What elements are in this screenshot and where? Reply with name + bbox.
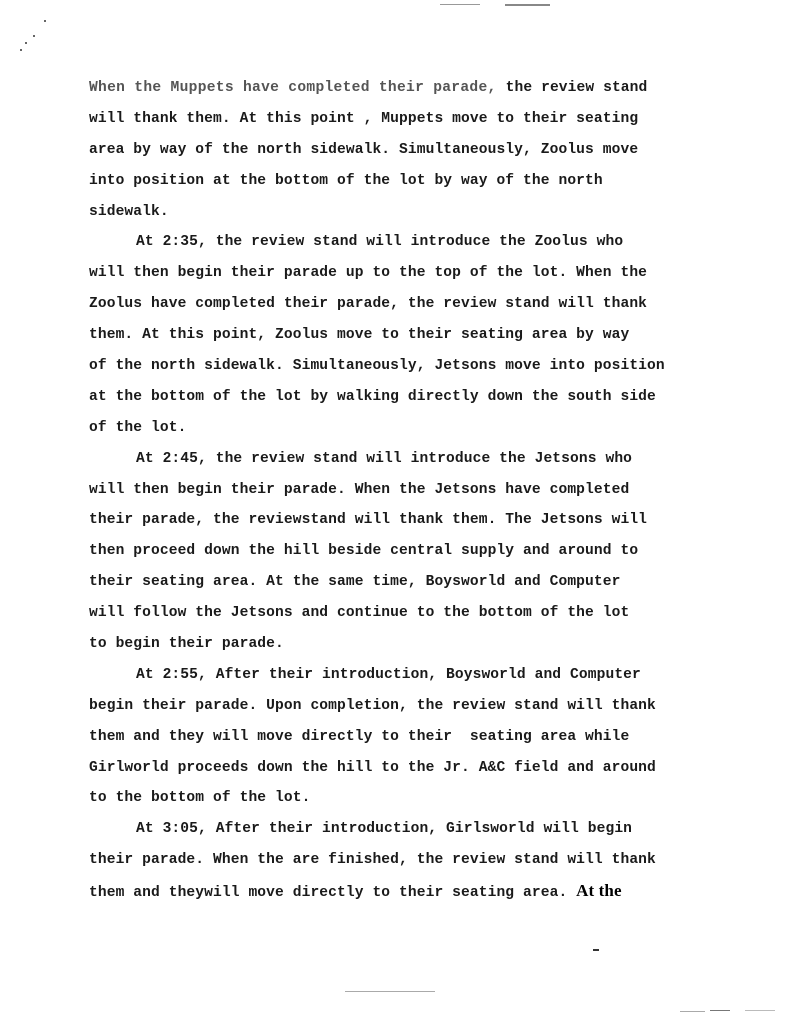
text-line: at the bottom of the lot by walking dire… (89, 382, 709, 413)
text-line: At 3:05, After their introduction, Girls… (89, 814, 709, 845)
line-text: to begin their parade. (89, 636, 284, 652)
line-text: At 3:05, After their introduction, Girls… (136, 821, 632, 837)
line-text: At 2:45, the review stand will introduce… (136, 451, 632, 467)
line-text: will follow the Jetsons and continue to … (89, 605, 629, 621)
line-text: into position at the bottom of the lot b… (89, 173, 603, 189)
line-text: their seating area. At the same time, Bo… (89, 574, 620, 590)
line-text: of the north sidewalk. Simultaneously, J… (89, 358, 665, 374)
text-line: will then begin their parade. When the J… (89, 475, 709, 506)
text-line: Zoolus have completed their parade, the … (89, 289, 709, 320)
line-text: At 2:35, the review stand will introduce… (136, 234, 623, 250)
line-text: to the bottom of the lot. (89, 790, 310, 806)
text-line: them. At this point, Zoolus move to thei… (89, 320, 709, 351)
text-line: into position at the bottom of the lot b… (89, 166, 709, 197)
text-line: then proceed down the hill beside centra… (89, 536, 709, 567)
scan-artifact-bottom (745, 1010, 775, 1011)
document-body: When the Muppets have completed their pa… (89, 73, 709, 907)
scan-speck (25, 42, 27, 44)
text-line: At 2:35, the review stand will introduce… (89, 227, 709, 258)
scan-artifact-top (440, 4, 480, 5)
text-line: At 2:55, After their introduction, Boysw… (89, 660, 709, 691)
faded-text: When the Muppets have completed their pa… (89, 80, 506, 96)
text-line: them and they will move directly to thei… (89, 722, 709, 753)
line-text: At 2:55, After their introduction, Boysw… (136, 667, 641, 683)
line-text: of the lot. (89, 420, 186, 436)
scan-speck (33, 35, 35, 37)
line-text: then proceed down the hill beside centra… (89, 543, 638, 559)
serif-text: At the (576, 881, 621, 900)
scanned-document-page: When the Muppets have completed their pa… (0, 0, 791, 1023)
line-text: begin their parade. Upon completion, the… (89, 698, 656, 714)
line-text: their parade. When the are finished, the… (89, 852, 656, 868)
text-line: When the Muppets have completed their pa… (89, 73, 709, 104)
line-text: Girlworld proceeds down the hill to the … (89, 760, 656, 776)
scan-speck (20, 49, 22, 51)
text-line: their parade. When the are finished, the… (89, 845, 709, 876)
text-line: them and theywill move directly to their… (89, 876, 709, 907)
text-line: to the bottom of the lot. (89, 783, 709, 814)
scan-speck (44, 20, 46, 22)
line-text: Zoolus have completed their parade, the … (89, 296, 647, 312)
text-line: At 2:45, the review stand will introduce… (89, 444, 709, 475)
line-text: them and they will move directly to thei… (89, 729, 629, 745)
scan-artifact-mark (593, 949, 599, 951)
scan-artifact-bottom (710, 1010, 730, 1011)
text-line: will thank them. At this point , Muppets… (89, 104, 709, 135)
text-line: sidewalk. (89, 197, 709, 228)
text-line: Girlworld proceeds down the hill to the … (89, 753, 709, 784)
line-text: will then begin their parade up to the t… (89, 265, 647, 281)
text-line: to begin their parade. (89, 629, 709, 660)
text-line: of the north sidewalk. Simultaneously, J… (89, 351, 709, 382)
line-text: them. At this point, Zoolus move to thei… (89, 327, 629, 343)
line-text: their parade, the reviewstand will thank… (89, 512, 647, 528)
scan-artifact-bottom (680, 1011, 705, 1012)
scan-artifact-top (505, 4, 550, 6)
line-text: them and theywill move directly to their… (89, 885, 576, 901)
text-line: of the lot. (89, 413, 709, 444)
text-line: their parade, the reviewstand will thank… (89, 505, 709, 536)
line-text: will then begin their parade. When the J… (89, 482, 629, 498)
line-text: sidewalk. (89, 204, 169, 220)
text-line: begin their parade. Upon completion, the… (89, 691, 709, 722)
line-text: area by way of the north sidewalk. Simul… (89, 142, 638, 158)
text-line: will then begin their parade up to the t… (89, 258, 709, 289)
text-line: their seating area. At the same time, Bo… (89, 567, 709, 598)
text-line: will follow the Jetsons and continue to … (89, 598, 709, 629)
text-line: area by way of the north sidewalk. Simul… (89, 135, 709, 166)
line-text: will thank them. At this point , Muppets… (89, 111, 638, 127)
line-text: the review stand (506, 80, 648, 96)
scan-artifact-bottom (345, 991, 435, 992)
line-text: at the bottom of the lot by walking dire… (89, 389, 656, 405)
